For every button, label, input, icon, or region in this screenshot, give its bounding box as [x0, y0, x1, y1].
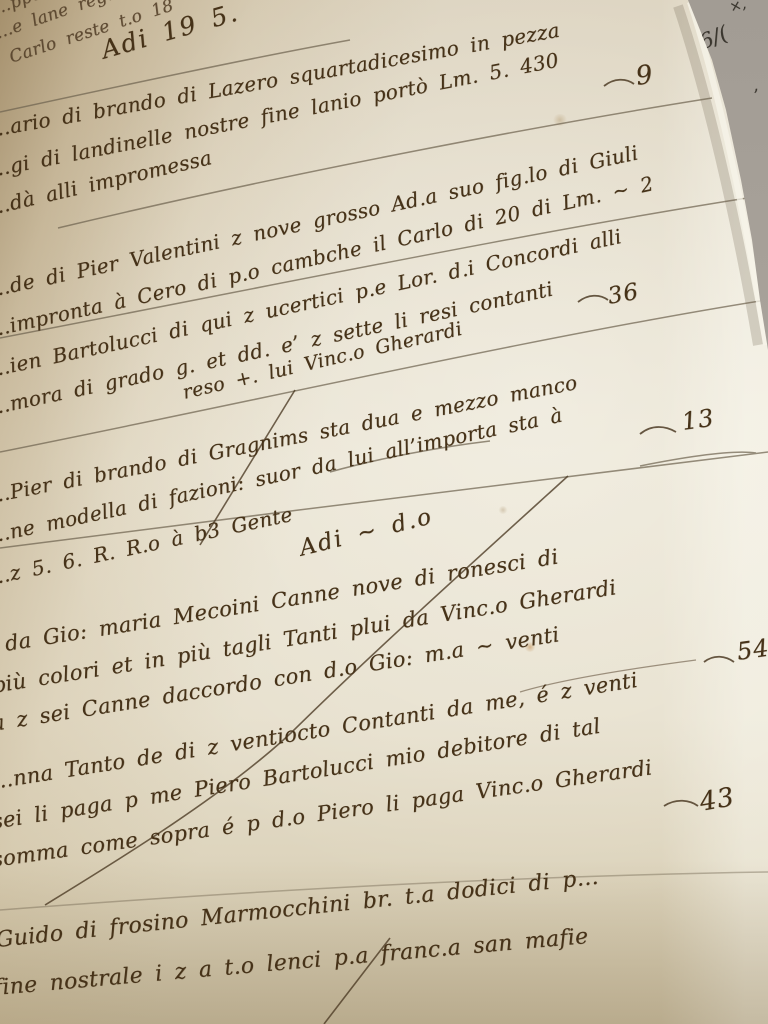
margin-amount: 36 [606, 279, 641, 310]
ledger-text-layer: …ppe lani Cop… …e lane reg.te fo, 18 Car… [0, 0, 768, 1024]
manuscript-photo: …ppe lani Cop… …e lane reg.te fo, 18 Car… [0, 0, 768, 1024]
margin-amount: 13 [680, 404, 716, 436]
date-heading-middle: Adi ∼ d.o [297, 503, 436, 561]
margin-amount: 9 [634, 60, 656, 92]
margin-amount: 54 [735, 634, 768, 666]
margin-amount: 43 [697, 782, 737, 818]
